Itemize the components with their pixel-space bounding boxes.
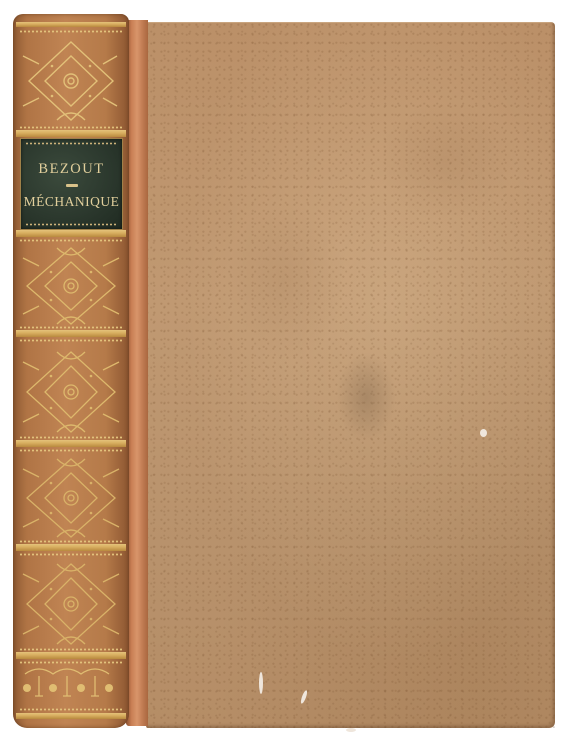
gilt-band	[16, 544, 126, 551]
stain	[336, 352, 396, 442]
gilt-band	[16, 440, 126, 447]
paper-scratch	[346, 728, 356, 732]
diamond-ornament-icon	[17, 559, 125, 649]
title-label: BEZOUT MÉCHANIQUE	[20, 138, 123, 230]
gilt-band	[16, 22, 126, 27]
gilt-dots	[19, 326, 123, 329]
label-title: MÉCHANIQUE	[21, 194, 122, 210]
stain	[376, 102, 516, 222]
spine-panel	[17, 454, 125, 542]
gilt-band	[16, 652, 126, 659]
book-photo: BEZOUT MÉCHANIQUE	[0, 0, 573, 750]
paper-scratch	[259, 672, 263, 694]
label-dots	[25, 223, 118, 226]
paper-scratch	[480, 429, 487, 437]
gilt-dots	[19, 540, 123, 543]
diamond-ornament-icon	[17, 244, 125, 328]
gilt-dots	[19, 239, 123, 242]
label-dash	[66, 184, 78, 187]
spine-panel-top	[17, 36, 125, 126]
hinge-joint	[126, 20, 148, 726]
gilt-dots	[19, 449, 123, 452]
gilt-dots	[19, 553, 123, 556]
label-author: BEZOUT	[21, 161, 122, 178]
gilt-band	[16, 713, 126, 719]
diamond-ornament-icon	[17, 454, 125, 542]
spine-panel	[17, 244, 125, 328]
gilt-dots	[19, 708, 123, 711]
label-dots	[25, 142, 118, 145]
spine-panel-tail	[17, 666, 125, 706]
gilt-dots	[19, 661, 123, 664]
palmette-ornament-icon	[17, 666, 125, 706]
stain	[226, 202, 346, 362]
gilt-band	[16, 330, 126, 337]
gilt-dots	[19, 30, 123, 33]
spine-panel	[17, 346, 125, 438]
gilt-dots	[19, 339, 123, 342]
gilt-dots	[19, 436, 123, 439]
gilt-band	[16, 130, 126, 137]
diamond-ornament-icon	[17, 346, 125, 438]
front-board	[146, 22, 555, 728]
gilt-band	[16, 230, 126, 237]
diamond-ornament-icon	[17, 36, 125, 126]
gilt-dots	[19, 648, 123, 651]
spine-panel	[17, 559, 125, 649]
gilt-dots	[19, 126, 123, 129]
spine: BEZOUT MÉCHANIQUE	[13, 14, 129, 728]
